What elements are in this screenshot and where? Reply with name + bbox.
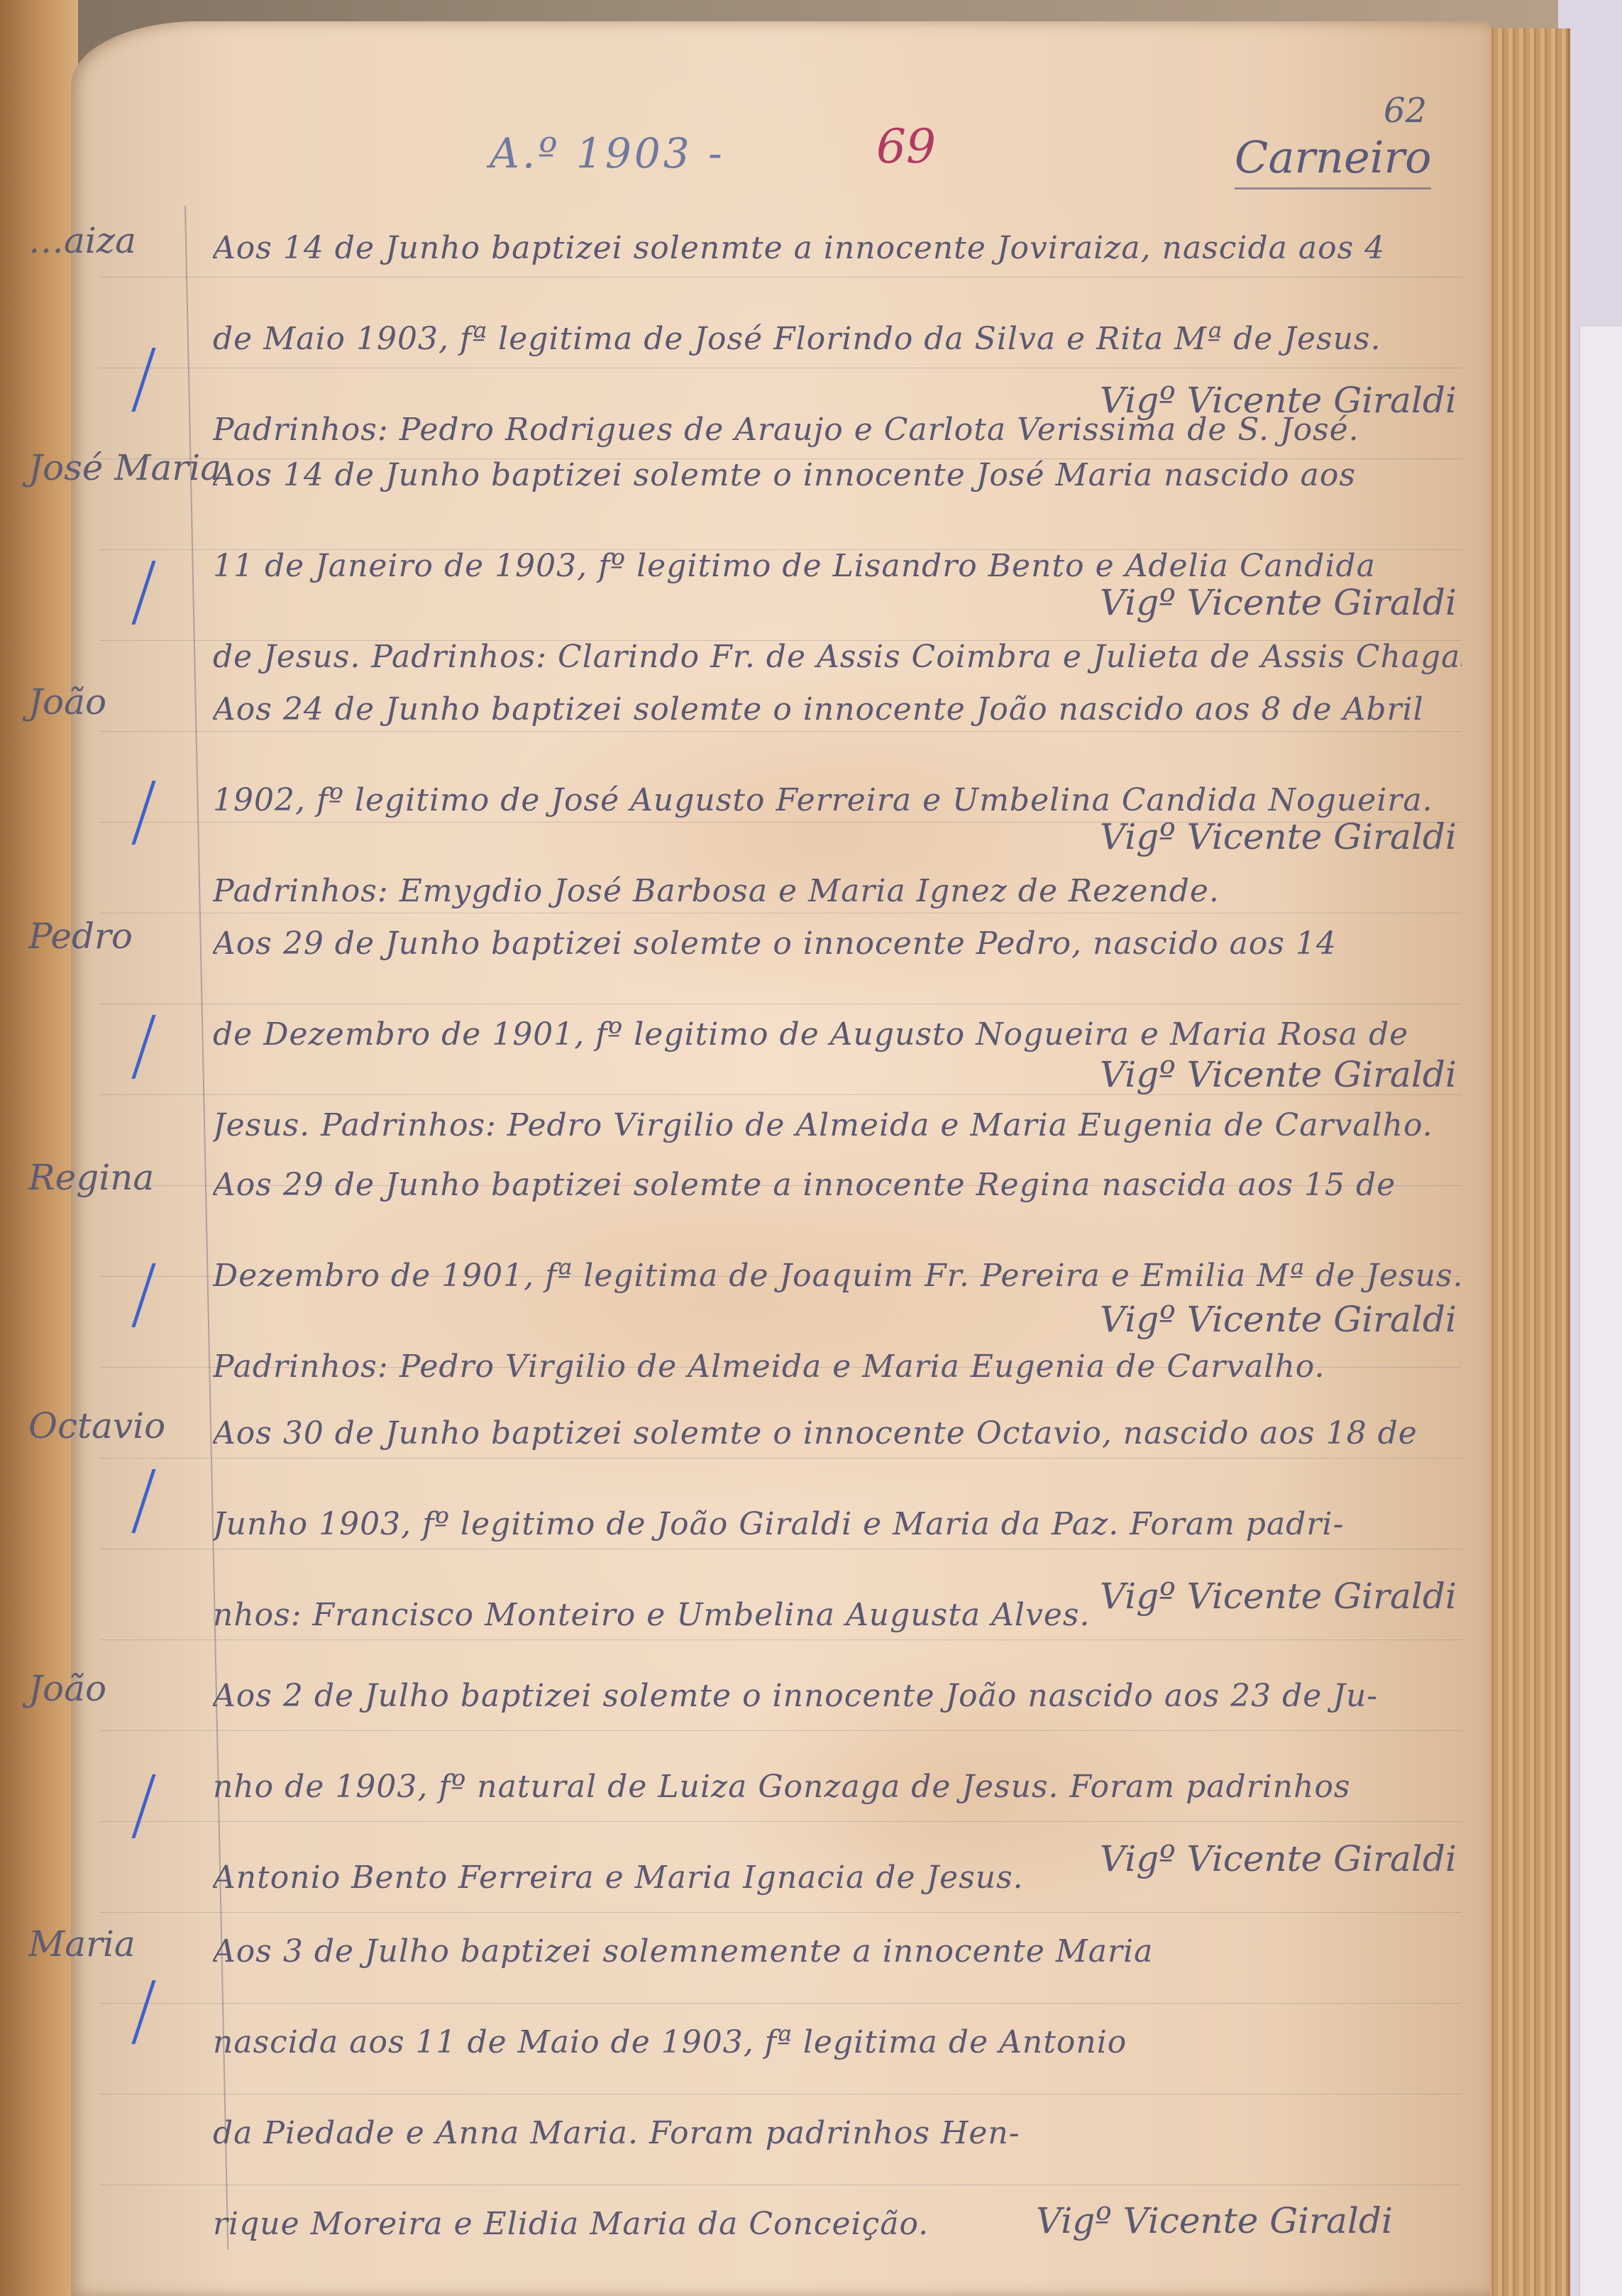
entry-line: Aos 30 de Junho baptizei solemte o innoc… <box>213 1398 1462 1489</box>
entry-line: Junho 1903, fº legitimo de João Giraldi … <box>213 1489 1462 1580</box>
tally-mark-icon <box>131 348 184 412</box>
register-page: 62 A.º 1903 - 69 Carneiro …aiza Aos 14 d… <box>71 21 1490 2296</box>
priest-signature: Vigº Vicente Giraldi <box>1100 582 1457 623</box>
tally-mark-icon <box>131 1263 184 1327</box>
entry-text: Aos 2 de Julho baptizei solemte o innoce… <box>213 1661 1462 1933</box>
entry-text: Aos 29 de Junho baptizei solemte o innoc… <box>213 908 1462 1181</box>
tally-mark-icon <box>131 1980 184 2044</box>
entry-name: João <box>28 1668 220 1709</box>
entry-text: Aos 29 de Junho baptizei solemte a innoc… <box>213 1150 1462 1422</box>
priest-signature: Vigº Vicente Giraldi <box>1100 1299 1457 1340</box>
priest-signature: Vigº Vicente Giraldi <box>1100 380 1457 421</box>
entry-line: Aos 29 de Junho baptizei solemte o innoc… <box>213 908 1462 999</box>
entry-text: Aos 24 de Junho baptizei solemte o innoc… <box>213 674 1462 947</box>
tally-mark-icon <box>131 1774 184 1838</box>
entry-name: …aiza <box>28 220 220 261</box>
entry-name: Octavio <box>28 1405 220 1446</box>
entry-name: João <box>28 681 220 723</box>
tally-mark-icon <box>131 781 184 845</box>
red-ink-number: 69 <box>876 119 936 174</box>
priest-signature: Vigº Vicente Giraldi <box>1036 2200 1393 2241</box>
entry-line: Aos 14 de Junho baptizei solenmte a inno… <box>213 213 1462 304</box>
entry-line: Aos 29 de Junho baptizei solemte a innoc… <box>213 1150 1462 1241</box>
priest-signature: Vigº Vicente Giraldi <box>1100 1576 1457 1617</box>
entry-line: Aos 2 de Julho baptizei solemte o innoce… <box>213 1661 1462 1752</box>
entry-name: Pedro <box>28 916 220 957</box>
entry-name: José Maria <box>28 447 220 488</box>
priest-signature: Vigº Vicente Giraldi <box>1100 816 1457 857</box>
entry-line: da Piedade e Anna Maria. Foram padrinhos… <box>213 2098 1462 2189</box>
entry-text: Aos 14 de Junho baptizei solemte o innoc… <box>213 440 1462 713</box>
entry-name: Maria <box>28 1923 220 1965</box>
priest-signature: Vigº Vicente Giraldi <box>1100 1838 1457 1879</box>
page-stack-edges <box>1483 28 1570 2296</box>
entry-line: nho de 1903, fº natural de Luiza Gonzaga… <box>213 1752 1462 1842</box>
entry-line: Aos 14 de Junho baptizei solemte o innoc… <box>213 440 1462 531</box>
entry-line: nascida aos 11 de Maio de 1903, fª legit… <box>213 2007 1462 2098</box>
register-year-reference: A.º 1903 - <box>490 129 725 177</box>
entry-line: Aos 24 de Junho baptizei solemte o innoc… <box>213 674 1462 765</box>
entry-line: Aos 3 de Julho baptizei solemnemente a i… <box>213 1916 1462 2007</box>
paper-marker <box>1579 326 1622 2296</box>
page-header: 62 A.º 1903 - 69 Carneiro <box>71 64 1490 177</box>
tally-mark-icon <box>131 1015 184 1079</box>
tally-mark-icon <box>131 561 184 625</box>
entry-name: Regina <box>28 1157 220 1198</box>
priest-signature: Vigº Vicente Giraldi <box>1100 1054 1457 1095</box>
folio-number: 62 <box>1384 91 1427 131</box>
entry-text: Aos 30 de Junho baptizei solemte o innoc… <box>213 1398 1462 1671</box>
parish-name: Carneiro <box>1235 131 1431 189</box>
tally-mark-icon <box>131 1469 184 1533</box>
